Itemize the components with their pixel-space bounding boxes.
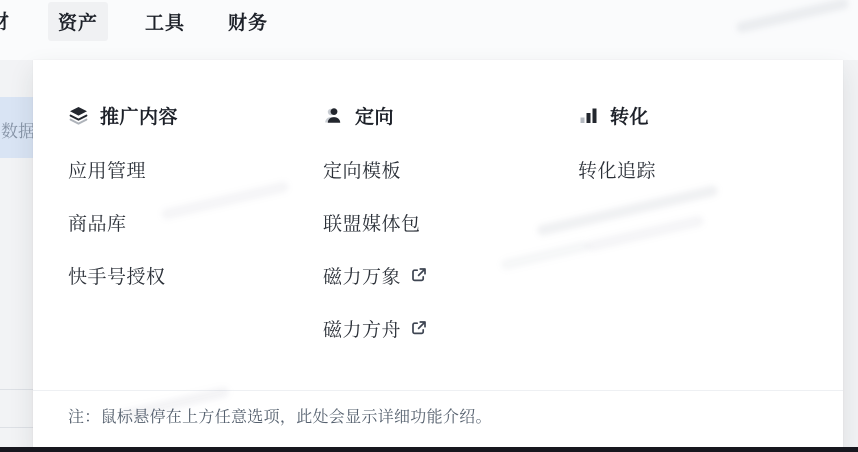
menu-item-label: 转化追踪 (578, 156, 656, 183)
hover-hint-note: 注：鼠标悬停在上方任意选项，此处会显示详细功能介绍。 (68, 404, 492, 427)
column-header: 定向 (323, 102, 568, 128)
menu-column-conversion: 转化 转化追踪 (578, 102, 823, 209)
menu-item-kuaishou-account-auth[interactable]: 快手号授权 (68, 262, 313, 288)
column-header: 推广内容 (68, 102, 313, 128)
external-link-icon (410, 266, 428, 284)
menu-item-label: 联盟媒体包 (323, 209, 421, 236)
background-highlight-band: 数据 (0, 97, 34, 158)
menu-item-magnetic-wanxiang[interactable]: 磁力万象 (323, 262, 568, 288)
menu-item-alliance-media-package[interactable]: 联盟媒体包 (323, 209, 568, 235)
column-title: 定向 (355, 102, 394, 129)
nav-item-assets[interactable]: 资产 (48, 2, 108, 41)
background-divider (0, 427, 34, 428)
bar-chart-icon (578, 105, 599, 126)
assets-dropdown-panel: 推广内容 应用管理 商品库 快手号授权 (33, 60, 843, 452)
bottom-dark-bar (0, 447, 858, 452)
menu-item-targeting-template[interactable]: 定向模板 (323, 156, 568, 182)
menu-item-magnetic-ark[interactable]: 磁力方舟 (323, 315, 568, 341)
user-icon (323, 105, 344, 126)
column-title: 推广内容 (100, 102, 178, 129)
menu-item-label: 快手号授权 (68, 262, 166, 289)
nav-item-partial-material[interactable]: 材 (0, 7, 10, 34)
external-link-icon (410, 319, 428, 337)
background-partial-text: 数据 (1, 117, 34, 142)
menu-item-label: 定向模板 (323, 156, 401, 183)
column-title: 转化 (610, 102, 649, 129)
background-divider (0, 389, 34, 390)
nav-item-finance[interactable]: 财务 (228, 8, 268, 35)
column-header: 转化 (578, 102, 823, 128)
screen: 材 资产 工具 财务 数据 推广内容 应用管理 (0, 0, 858, 452)
layers-icon (68, 105, 89, 126)
menu-item-label: 商品库 (68, 209, 127, 236)
top-navigation: 材 资产 工具 财务 (0, 0, 858, 60)
note-divider (33, 390, 843, 391)
menu-item-app-management[interactable]: 应用管理 (68, 156, 313, 182)
menu-item-label: 磁力方舟 (323, 315, 401, 342)
menu-item-product-library[interactable]: 商品库 (68, 209, 313, 235)
menu-item-label: 磁力万象 (323, 262, 401, 289)
menu-column-targeting: 定向 定向模板 联盟媒体包 磁力万象 磁力方舟 (323, 102, 568, 368)
nav-item-tools[interactable]: 工具 (145, 8, 185, 35)
menu-item-label: 应用管理 (68, 156, 146, 183)
menu-item-conversion-tracking[interactable]: 转化追踪 (578, 156, 823, 182)
menu-column-promotion-content: 推广内容 应用管理 商品库 快手号授权 (68, 102, 313, 315)
